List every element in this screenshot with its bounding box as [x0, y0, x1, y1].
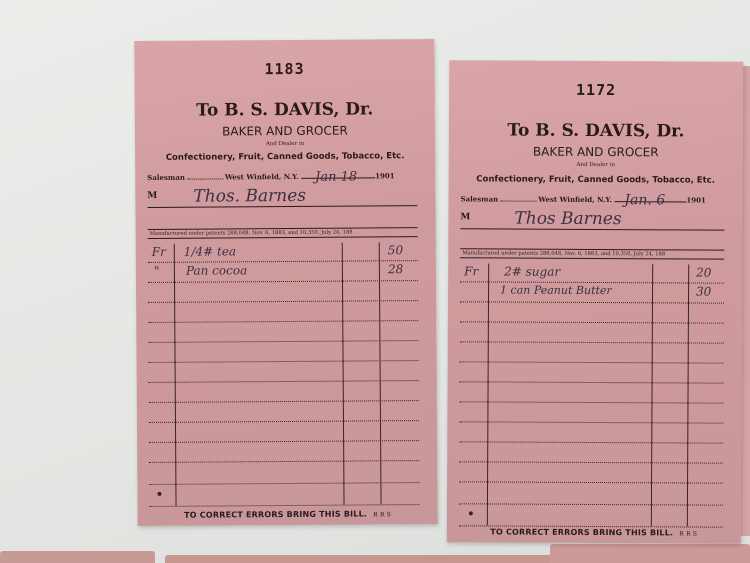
- partial-bill-bottom-left: [0, 551, 155, 563]
- item-description: 1/4# tea: [184, 244, 236, 258]
- handwritten-customer: Thos Barnes: [514, 209, 621, 230]
- salesman-label: Salesman: [461, 194, 499, 203]
- footer-notice: TO CORRECT ERRORS BRING THIS BILL.R R S: [447, 527, 741, 538]
- item-code: Fr: [464, 264, 478, 278]
- dealer-line: And Dealer in: [135, 140, 435, 148]
- goods-list: Confectionery, Fruit, Canned Goods, Toba…: [449, 174, 743, 186]
- item-price: 50: [388, 243, 403, 257]
- item-price: 30: [696, 285, 711, 299]
- printer-code: R R S: [373, 511, 391, 518]
- item-description: 2# sugar: [504, 265, 560, 279]
- grocery-bill-1172: 1172 To B. S. DAVIS, Dr. BAKER AND GROCE…: [447, 60, 744, 544]
- ledger-line: [459, 481, 723, 505]
- item-description: Pan cocoa: [186, 263, 247, 277]
- salesman-date-row: SalesmanWest Winfield, N.Y. Jan 181901: [147, 171, 417, 182]
- ledger-line: [460, 341, 724, 363]
- handwritten-date: Jan. 6: [624, 192, 665, 208]
- item-price: 20: [696, 266, 711, 280]
- patent-notice: Manufactured under patents 288,048, Nov.…: [148, 227, 418, 239]
- ledger-line: [149, 460, 419, 485]
- m-label: M: [147, 191, 157, 201]
- ledger-line: [460, 301, 724, 323]
- goods-list: Confectionery, Fruit, Canned Goods, Toba…: [135, 151, 435, 163]
- bill-number: 1172: [449, 80, 743, 100]
- ledger-line: [459, 421, 723, 443]
- ledger-line: [459, 441, 723, 463]
- year: 1901: [686, 195, 706, 204]
- location: West Winfield, N.Y.: [538, 195, 612, 204]
- handwritten-date: Jan 18: [315, 170, 357, 185]
- ledger-line: [459, 401, 723, 423]
- merchant-name: To B. S. DAVIS, Dr.: [135, 99, 435, 121]
- printer-code: R R S: [679, 530, 697, 537]
- location: West Winfield, N.Y.: [225, 172, 299, 182]
- customer-row: M Thos Barnes: [460, 212, 724, 230]
- item-description: 1 can Peanut Butter: [500, 284, 612, 298]
- footer-text: TO CORRECT ERRORS BRING THIS BILL.: [184, 509, 367, 519]
- dealer-line: And Dealer in: [449, 161, 743, 169]
- bill-number: 1183: [134, 59, 434, 79]
- merchant-trade: BAKER AND GROCER: [135, 123, 435, 139]
- punch-hole: [469, 511, 473, 515]
- punch-hole: [157, 492, 161, 496]
- patent-notice: Manufactured under patents 288,048, Nov.…: [460, 248, 724, 259]
- item-code: Fr: [152, 245, 166, 259]
- customer-row: M Thos. Barnes: [147, 189, 417, 208]
- salesman-date-row: SalesmanWest Winfield, N.Y. Jan. 61901: [461, 194, 725, 204]
- item-code: ": [154, 264, 160, 278]
- grocery-bill-1183: 1183 To B. S. DAVIS, Dr. BAKER AND GROCE…: [134, 39, 437, 526]
- partial-bill-bottom-right: [550, 544, 750, 563]
- handwritten-customer: Thos. Barnes: [193, 186, 306, 207]
- item-price: 28: [388, 262, 403, 276]
- salesman-label: Salesman: [147, 173, 185, 182]
- ledger-line: [460, 321, 724, 343]
- partial-bill-bottom-middle: [165, 555, 585, 563]
- year: 1901: [375, 171, 395, 180]
- ledger-line: [459, 381, 723, 403]
- ledger-line: [460, 361, 724, 383]
- footer-notice: TO CORRECT ERRORS BRING THIS BILL.R R S: [138, 509, 438, 520]
- ledger-line: [459, 461, 723, 483]
- item-ledger: Fr 1/4# tea 50 " Pan cocoa 28: [148, 242, 420, 506]
- merchant-name: To B. S. DAVIS, Dr.: [449, 120, 743, 142]
- item-ledger: Fr 2# sugar 20 1 can Peanut Butter 30: [459, 263, 724, 526]
- m-label: M: [460, 212, 470, 222]
- footer-text: TO CORRECT ERRORS BRING THIS BILL.: [490, 527, 673, 537]
- merchant-trade: BAKER AND GROCER: [449, 144, 743, 160]
- ledger-line: [459, 503, 723, 527]
- ledger-line: [149, 482, 419, 507]
